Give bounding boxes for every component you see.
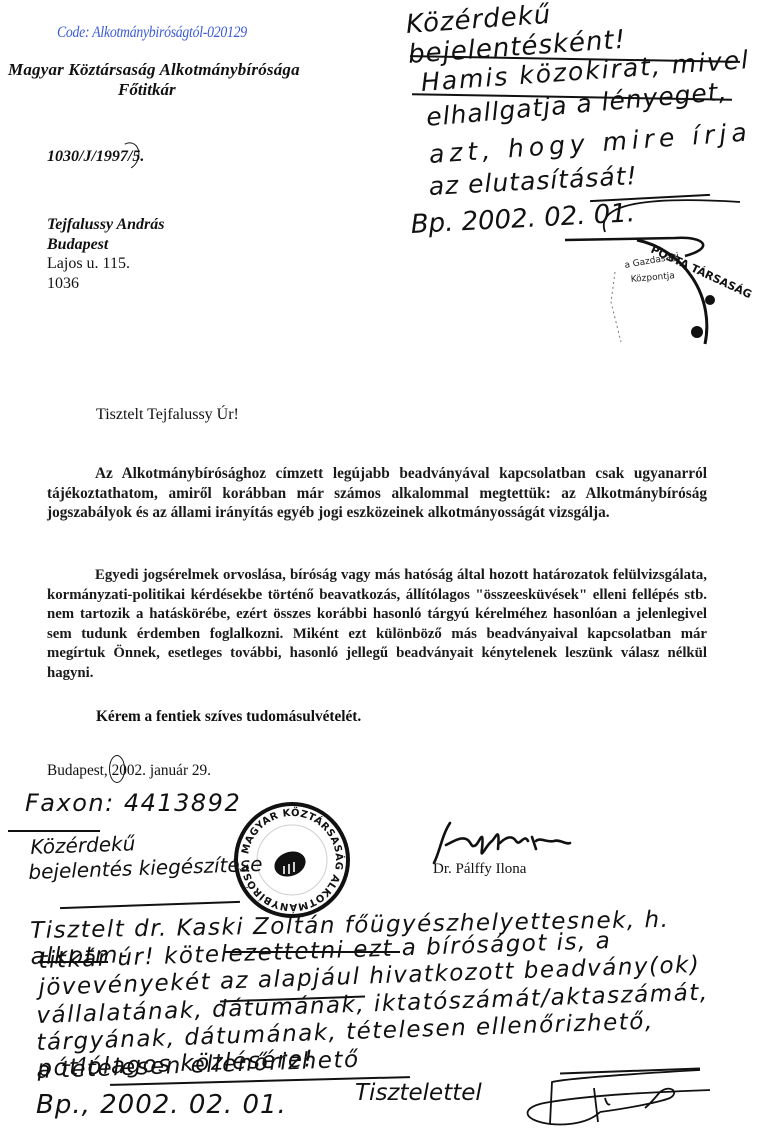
handwritten-date: Bp., 2002. 02. 01. [36,1090,287,1120]
recipient-street: Lajos u. 115. [47,254,165,274]
underline [8,830,100,832]
strikethrough [38,961,108,963]
handwritten-signature-icon [510,1062,730,1136]
organization-name: Magyar Köztársaság Alkotmánybírósága [8,60,300,80]
underline [60,901,240,909]
handwritten-fax-number: Faxon: 4413892 [25,789,241,817]
department-name: Főtitkár [118,80,176,100]
body-paragraph-2: Egyedi jogsérelmek orvoslása, bíróság va… [47,566,707,683]
handwritten-circle-mark [113,139,143,173]
recipient-address: Tejfalussy András Budapest Lajos u. 115.… [47,215,165,293]
recipient-postal-code: 1036 [47,274,165,294]
salutation: Tisztelt Tejfalussy Úr! [96,406,239,424]
svg-text:Központja: Központja [630,271,675,285]
body-paragraph-1: Az Alkotmánybírósághoz címzett legújabb … [47,464,707,523]
place-and-date: Budapest, 2002. január 29. [47,762,211,780]
recipient-name: Tejfalussy András [47,215,165,235]
paragraph-text: Egyedi jogsérelmek orvoslása, bíróság va… [47,567,707,681]
paragraph-text: Az Alkotmánybírósághoz címzett legújabb … [47,465,707,521]
recipient-city: Budapest [47,235,165,255]
handwritten-circle-mark [109,755,125,783]
handwritten-closing: Tisztelettel [355,1080,482,1106]
document-code-label: Code: Alkotmánybiróságtól-020129 [57,24,247,42]
closing-line: Kérem a fentiek szíves tudomásulvételét. [96,708,361,726]
signer-name: Dr. Pálffy Ilona [433,861,526,878]
signature-scribble-icon [420,815,580,867]
handwritten-annotation: Közérdekű [30,831,136,859]
